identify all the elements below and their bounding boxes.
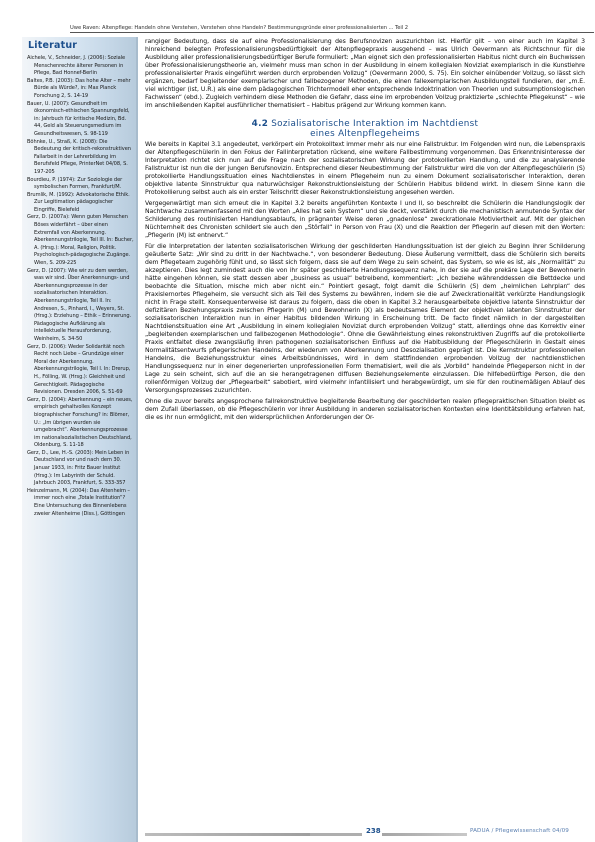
- reference-item: Aichele, V., Schneider, J. (2006): Sozia…: [27, 55, 134, 78]
- reference-item: Gerz, D. (2007a): Wenn guten Menschen Bö…: [27, 214, 134, 267]
- section-heading: 4.2 Sozialisatorische Interaktion im Nac…: [145, 119, 585, 139]
- reference-item: Gerz, D. (2007): Wie wir zu dem werden, …: [27, 268, 134, 344]
- page-number: 238: [366, 827, 381, 835]
- body-paragraph: Wie bereits in Kapitel 3.1 angedeutet, v…: [145, 141, 585, 197]
- reference-item: Bauer, U. (2007): Gesundheit im ökonomis…: [27, 101, 134, 139]
- reference-item: Gerz, D. (2004): Aberkennung – ein neues…: [27, 397, 134, 450]
- reference-item: Gerz, D. (2006): Weder Solidarität noch …: [27, 344, 134, 397]
- body-paragraph: Vergegenwärtigt man sich erneut die in K…: [145, 200, 585, 240]
- journal-name: PADUA / Pflegewissenschaft 04/09: [470, 828, 569, 834]
- body-paragraph: Für die Interpretation der latenten sozi…: [145, 243, 585, 395]
- section-title-line2: eines Altenpflegeheims: [310, 129, 420, 139]
- reference-item: Baltes, P.B. (2003): Das hohe Alter – me…: [27, 78, 134, 101]
- footer-rule-right: [382, 833, 467, 836]
- footer-rule-left: [145, 833, 310, 836]
- references-list: Aichele, V., Schneider, J. (2006): Sozia…: [27, 55, 134, 518]
- reference-item: Heinzelmann, M. (2004): Das Altenheim – …: [27, 488, 134, 518]
- running-header: Uwe Raven: Altenpflege: Handeln ohne Ver…: [70, 23, 594, 33]
- reference-item: Gerz, D., Lee, H.-S. (2003): Mein Leben …: [27, 450, 134, 488]
- reference-item: Böhnke, U., Straß, K. (2008): Die Bedeut…: [27, 139, 134, 177]
- footer-rule-mid: [310, 833, 362, 836]
- section-number: 4.2: [252, 119, 268, 129]
- reference-item: Brumlik, M. (1992): Advokatorische Ethik…: [27, 192, 134, 215]
- references-title: Literatur: [28, 40, 77, 51]
- body-paragraph: Ohne die zuvor bereits angesprochene fal…: [145, 398, 585, 422]
- reference-item: Bourdieu, P. (1974): Zur Soziologie der …: [27, 177, 134, 192]
- body-paragraph: rangiger Bedeutung, dass sie auf eine Pr…: [145, 38, 585, 110]
- section-title-line1: Sozialisatorische Interaktion im Nachtdi…: [271, 119, 478, 129]
- main-text-column: rangiger Bedeutung, dass sie auf eine Pr…: [145, 38, 585, 425]
